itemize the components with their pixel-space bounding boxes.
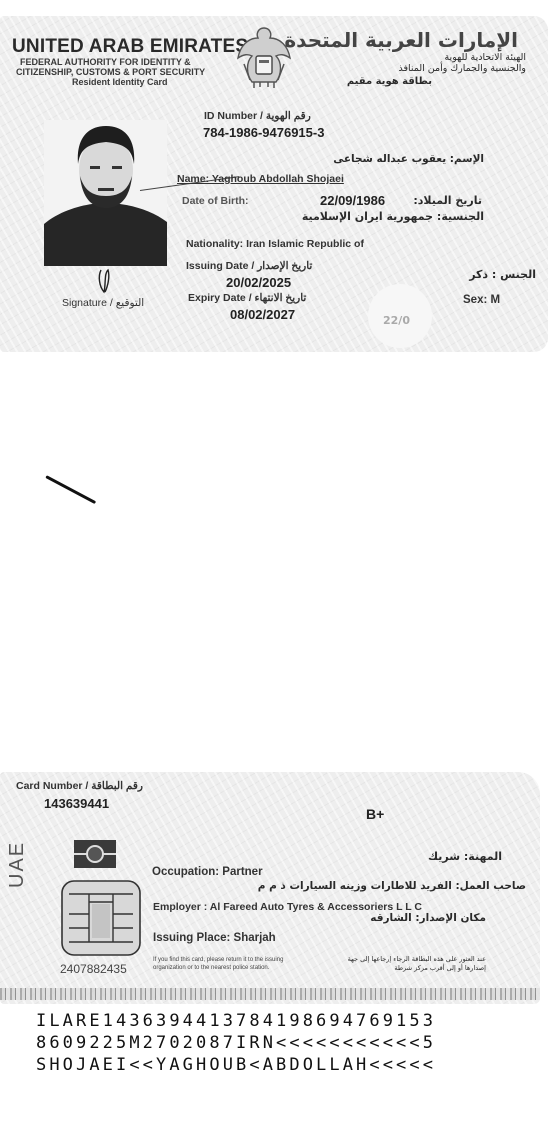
- employer-ar: صاحب العمل: الفريد للاطارات وزينه السيار…: [258, 880, 526, 892]
- signature-icon: [96, 268, 114, 298]
- occupation-en: Occupation: Partner: [152, 866, 263, 878]
- contactless-icon: [74, 840, 116, 868]
- chip-number: 2407882435: [60, 962, 127, 976]
- mrz-zone: ILARE1436394413784198694769153 8609225M2…: [36, 1010, 436, 1076]
- id-card-back: Card Number / رقم البطاقة 143639441 B+ U…: [0, 772, 540, 1004]
- blood-type: B+: [366, 806, 384, 822]
- return-notice-ar-line-1: عند العثور على هذه البطاقة الرجاء إرجاعه…: [348, 955, 486, 964]
- id-number-value: 784-1986-9476915-3: [203, 125, 324, 140]
- issuing-date-value: 20/02/2025: [226, 275, 291, 290]
- name-ar: الإسم: يعقوب عبداله شجاعى: [333, 153, 484, 165]
- pen-mark: [45, 475, 96, 504]
- return-notice-en-line-2: organization or to the nearest police st…: [153, 964, 283, 972]
- authority-ar-line-1: الهيئة الاتحادية للهوية: [444, 52, 526, 63]
- return-notice-ar: عند العثور على هذه البطاقة الرجاء إرجاعه…: [348, 955, 486, 973]
- ghost-text: 22/0: [383, 314, 410, 327]
- expiry-date-label: Expiry Date / تاريخ الانتهاء: [188, 292, 306, 304]
- sex-en: Sex: M: [463, 294, 500, 306]
- expiry-date-value: 08/02/2027: [230, 307, 295, 322]
- issuing-place-en: Issuing Place: Sharjah: [153, 932, 276, 944]
- name-en: Name: Yaghoub Abdollah Shojaei: [177, 173, 344, 185]
- country-name-ar: الإمارات العربية المتحدة: [284, 28, 518, 52]
- dob-value: 22/09/1986: [320, 193, 385, 208]
- authority-line-2: CITIZENSHIP, CUSTOMS & PORT SECURITY: [16, 67, 205, 77]
- uae-side-label: UAE: [6, 841, 29, 888]
- return-notice-en: If you find this card, please return it …: [153, 956, 283, 972]
- id-number-label: ID Number / رقم الهوية: [204, 110, 311, 122]
- card-type-ar: بطاقة هوية مقيم: [347, 76, 432, 87]
- card-type-en: Resident Identity Card: [72, 77, 168, 87]
- issuing-place-ar: مكان الإصدار: الشارقه: [370, 912, 486, 924]
- sex-ar: الجنس : ذكر: [469, 268, 536, 281]
- mrz-line-1: ILARE1436394413784198694769153: [36, 1010, 436, 1032]
- occupation-ar: المهنة: شريك: [428, 850, 502, 863]
- smart-chip-icon: [61, 880, 141, 956]
- issuing-date-label: Issuing Date / تاريخ الإصدار: [186, 260, 312, 272]
- return-notice-ar-line-2: إصدارها أو إلى أقرب مركز شرطة: [348, 964, 486, 973]
- nationality-en: Nationality: Iran Islamic Republic of: [186, 238, 364, 250]
- country-name-en: UNITED ARAB EMIRATES: [12, 36, 248, 58]
- security-pattern-strip: [0, 988, 540, 1000]
- holder-photo: [44, 120, 167, 266]
- card-number-value: 143639441: [44, 796, 109, 811]
- mrz-line-2: 8609225M2702087IRN<<<<<<<<<<<5: [36, 1032, 436, 1054]
- signature-label: Signature / التوقيع: [62, 297, 144, 309]
- dob-label-ar: تاريخ الميلاد:: [413, 194, 482, 207]
- return-notice-en-line-1: If you find this card, please return it …: [153, 956, 283, 964]
- nationality-ar: الجنسية: جمهورية ايران الإسلامية: [302, 210, 484, 223]
- authority-line-1: FEDERAL AUTHORITY FOR IDENTITY &: [20, 57, 191, 67]
- authority-ar-line-2: والجنسية والجمارك وأمن المنافذ: [398, 63, 526, 74]
- id-card-front: UNITED ARAB EMIRATES FEDERAL AUTHORITY F…: [0, 16, 548, 352]
- card-number-label: Card Number / رقم البطاقة: [16, 780, 143, 792]
- mrz-line-3: SHOJAEI<<YAGHOUB<ABDOLLAH<<<<<: [36, 1054, 436, 1076]
- dob-label: Date of Birth:: [182, 195, 249, 207]
